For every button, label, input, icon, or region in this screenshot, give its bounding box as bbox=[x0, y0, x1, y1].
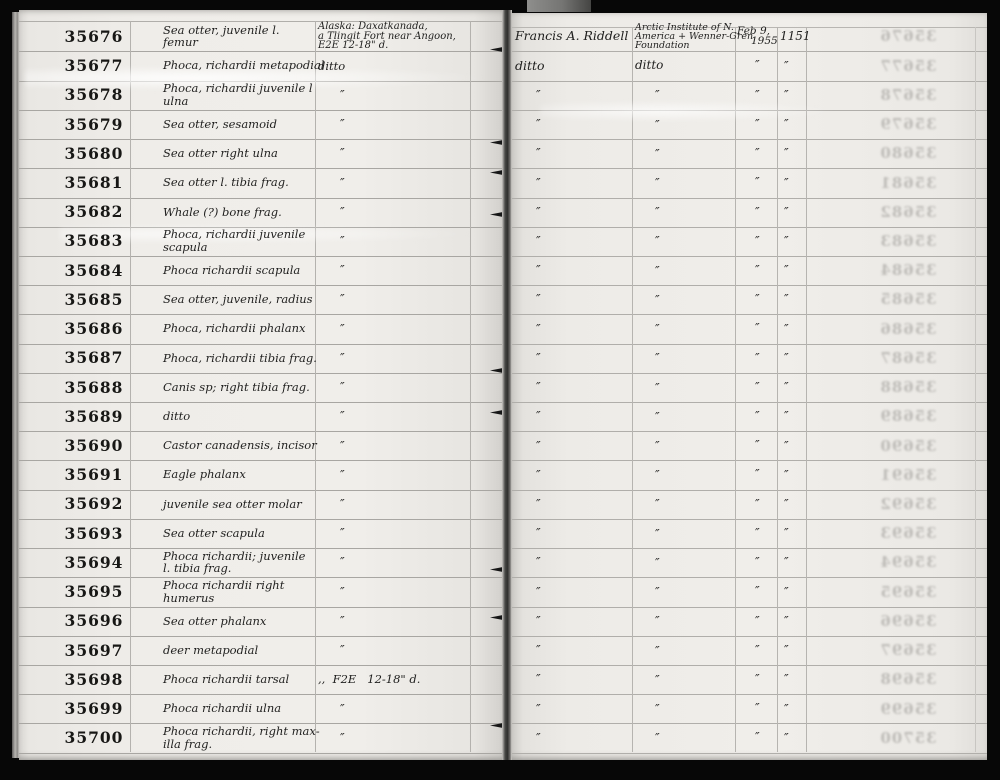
institution-ditto: ″ bbox=[655, 703, 735, 714]
date-cell: ″ bbox=[737, 548, 781, 577]
institution-cell: ″ bbox=[635, 665, 735, 694]
ledger-row: 35680 Sea otter right ulna ″ ″ ″ ″ ″ bbox=[0, 139, 1000, 168]
locality-ditto: ″ bbox=[340, 440, 470, 452]
collector-cell: ″ bbox=[515, 635, 629, 664]
bleedthrough-number: 35680 bbox=[866, 139, 950, 168]
specimen-description: Phoca richardii ulna bbox=[163, 694, 318, 723]
locality-ditto: ″ bbox=[340, 323, 470, 335]
catalog-number: 35685 bbox=[48, 285, 140, 314]
institution-cell: ″ bbox=[635, 256, 735, 285]
locality-ditto: ″ bbox=[340, 556, 470, 568]
collector-name: ″ bbox=[536, 177, 629, 189]
date-cell: ″ bbox=[737, 606, 781, 635]
collector-cell: ″ bbox=[515, 372, 629, 401]
locality-ditto: ″ bbox=[340, 118, 470, 130]
locality-cell: ″ bbox=[318, 431, 470, 460]
ledger-row: 35700 Phoca richardii, right max- illa f… bbox=[0, 723, 1000, 752]
institution-cell: ″ bbox=[635, 519, 735, 548]
book-spine bbox=[502, 10, 512, 760]
institution-ditto: ″ bbox=[655, 645, 735, 656]
collector-cell: ″ bbox=[515, 665, 629, 694]
institution-cell: ″ bbox=[635, 80, 735, 109]
bleedthrough-number: 35696 bbox=[866, 606, 950, 635]
description-line: Phoca richardii right bbox=[163, 579, 318, 592]
locality-cell: ditto bbox=[318, 51, 470, 80]
institution-ditto: ″ bbox=[655, 382, 735, 393]
institution-ditto: ″ bbox=[655, 586, 735, 597]
locality-ditto: ″ bbox=[340, 352, 470, 364]
description-line: Whale (?) bone frag. bbox=[163, 206, 318, 219]
date-cell: ″ bbox=[737, 226, 781, 255]
institution-cell: Arctic Institute of N. America + Wenner-… bbox=[635, 22, 735, 51]
date-ditto: ″ bbox=[755, 294, 781, 305]
catalog-number: 35697 bbox=[48, 635, 140, 664]
accession-number: ″ bbox=[784, 644, 814, 656]
date-cell: ″ bbox=[737, 80, 781, 109]
accession-number: ″ bbox=[784, 556, 814, 568]
scanned-ledger-page: 35676 Sea otter, juvenile l. femur Alask… bbox=[0, 0, 1000, 780]
institution-cell: ″ bbox=[635, 226, 735, 255]
ledger-row: 35691 Eagle phalanx ″ ″ ″ ″ ″ 35691 bbox=[0, 460, 1000, 489]
institution-ditto: ″ bbox=[655, 469, 735, 480]
accession-cell: ″ bbox=[780, 489, 814, 518]
locality-cell: ″ bbox=[318, 577, 470, 606]
locality-ditto: ″ bbox=[340, 469, 470, 481]
specimen-description: Phoca richardii right humerus bbox=[163, 577, 318, 606]
date-ditto: ″ bbox=[755, 207, 781, 218]
institution-cell: ″ bbox=[635, 109, 735, 138]
collector-name: ″ bbox=[536, 469, 629, 481]
date-cell: ″ bbox=[737, 51, 781, 80]
ledger-row: 35679 Sea otter, sesamoid ″ ″ ″ ″ ″ 3 bbox=[0, 109, 1000, 138]
institution-line: Foundation bbox=[635, 41, 735, 50]
description-line: Sea otter scapula bbox=[163, 527, 318, 540]
catalog-number: 35700 bbox=[48, 723, 140, 752]
catalog-number: 35679 bbox=[48, 109, 140, 138]
institution-ditto: ″ bbox=[655, 615, 735, 626]
description-line: Phoca richardii, right max- bbox=[163, 725, 318, 738]
institution-cell: ″ bbox=[635, 314, 735, 343]
collector-name: ″ bbox=[536, 644, 629, 656]
locality-cell: ″ bbox=[318, 343, 470, 372]
institution-cell: ″ bbox=[635, 431, 735, 460]
specimen-description: Phoca richardii tarsal bbox=[163, 665, 318, 694]
locality-ditto: ″ bbox=[340, 147, 470, 159]
ledger-row: 35685 Sea otter, juvenile, radius ″ ″ ″ … bbox=[0, 285, 1000, 314]
locality-ditto: ″ bbox=[340, 89, 470, 101]
date-cell: ″ bbox=[737, 489, 781, 518]
date-ditto: ″ bbox=[755, 382, 781, 393]
accession-cell: 1151 bbox=[780, 22, 814, 51]
bleedthrough-number: 35698 bbox=[866, 665, 950, 694]
date-ditto: ″ bbox=[755, 177, 781, 188]
ledger-row: 35681 Sea otter l. tibia frag. ″ ″ ″ ″ ″ bbox=[0, 168, 1000, 197]
collector-cell: ″ bbox=[515, 285, 629, 314]
locality-ditto: ditto bbox=[318, 60, 470, 72]
description-line: Phoca, richardii phalanx bbox=[163, 322, 318, 335]
locality-cell: ″ bbox=[318, 197, 470, 226]
accession-cell: ″ bbox=[780, 548, 814, 577]
description-line: humerus bbox=[163, 592, 318, 605]
locality-ditto: ″ bbox=[340, 381, 470, 393]
specimen-description: Phoca richardii; juvenile l. tibia frag. bbox=[163, 548, 318, 577]
catalog-number: 35698 bbox=[48, 665, 140, 694]
institution-cell: ″ bbox=[635, 343, 735, 372]
collector-cell: ″ bbox=[515, 402, 629, 431]
institution-cell: ″ bbox=[635, 372, 735, 401]
ledger-row: 35697 deer metapodial ″ ″ ″ ″ ″ 35697 bbox=[0, 635, 1000, 664]
date-cell: ″ bbox=[737, 519, 781, 548]
description-line: l. tibia frag. bbox=[163, 562, 318, 575]
collector-name: ″ bbox=[536, 118, 629, 130]
catalog-number: 35682 bbox=[48, 197, 140, 226]
ledger-row: 35695 Phoca richardii right humerus ″ ″ … bbox=[0, 577, 1000, 606]
locality-ditto: ″ bbox=[340, 732, 470, 744]
locality-cell: ″ bbox=[318, 606, 470, 635]
bleedthrough-number: 35685 bbox=[866, 285, 950, 314]
bleedthrough-number: 35700 bbox=[866, 723, 950, 752]
accession-cell: ″ bbox=[780, 139, 814, 168]
collector-name: ″ bbox=[536, 323, 629, 335]
bleedthrough-number: 35693 bbox=[866, 519, 950, 548]
date-ditto: ″ bbox=[755, 703, 781, 714]
collector-name: ″ bbox=[536, 352, 629, 364]
collector-name: ″ bbox=[536, 440, 629, 452]
collector-cell: ″ bbox=[515, 519, 629, 548]
locality-ditto: ″ bbox=[340, 410, 470, 422]
institution-ditto: ″ bbox=[655, 235, 735, 246]
ledger-rows: 35676 Sea otter, juvenile l. femur Alask… bbox=[0, 0, 1000, 780]
specimen-description: Sea otter l. tibia frag. bbox=[163, 168, 318, 197]
date-ditto: ″ bbox=[755, 119, 781, 130]
catalog-number: 35695 bbox=[48, 577, 140, 606]
description-line: juvenile sea otter molar bbox=[163, 498, 318, 511]
collector-cell: ″ bbox=[515, 168, 629, 197]
specimen-description: Phoca richardii, right max- illa frag. bbox=[163, 723, 318, 752]
bleedthrough-number: 35687 bbox=[866, 343, 950, 372]
collector-cell: ″ bbox=[515, 256, 629, 285]
accession-number: ″ bbox=[784, 440, 814, 452]
accession-number: ″ bbox=[784, 177, 814, 189]
bleedthrough-number: 35679 bbox=[866, 109, 950, 138]
date-line: 1955 bbox=[751, 36, 781, 47]
collector-cell: ″ bbox=[515, 489, 629, 518]
date-ditto: ″ bbox=[755, 90, 781, 101]
locality-cell: ″ bbox=[318, 109, 470, 138]
description-line: scapula bbox=[163, 241, 318, 254]
date-ditto: ″ bbox=[755, 411, 781, 422]
accession-number: ″ bbox=[784, 206, 814, 218]
locality-ditto: ″ bbox=[340, 264, 470, 276]
date-ditto: ″ bbox=[755, 557, 781, 568]
catalog-number: 35694 bbox=[48, 548, 140, 577]
locality-ditto: ″ bbox=[340, 206, 470, 218]
ledger-row: 35687 Phoca, richardii tibia frag. ″ ″ ″… bbox=[0, 343, 1000, 372]
specimen-description: Sea otter, juvenile l. femur bbox=[163, 22, 318, 51]
date-ditto: ″ bbox=[755, 236, 781, 247]
collector-name: ″ bbox=[536, 147, 629, 159]
specimen-description: ditto bbox=[163, 402, 318, 431]
accession-number: ″ bbox=[784, 498, 814, 510]
collector-cell: ″ bbox=[515, 139, 629, 168]
catalog-number: 35693 bbox=[48, 519, 140, 548]
date-cell: ″ bbox=[737, 343, 781, 372]
ledger-row: 35684 Phoca richardii scapula ″ ″ ″ ″ ″ bbox=[0, 256, 1000, 285]
accession-cell: ″ bbox=[780, 402, 814, 431]
locality-cell: ″ bbox=[318, 460, 470, 489]
accession-cell: ″ bbox=[780, 372, 814, 401]
date-cell: ″ bbox=[737, 372, 781, 401]
date-cell: ″ bbox=[737, 139, 781, 168]
accession-cell: ″ bbox=[780, 577, 814, 606]
description-line: Canis sp; right tibia frag. bbox=[163, 381, 318, 394]
description-line: ulna bbox=[163, 95, 318, 108]
date-cell: ″ bbox=[737, 285, 781, 314]
ledger-row: 35694 Phoca richardii; juvenile l. tibia… bbox=[0, 548, 1000, 577]
specimen-description: Phoca, richardii juvenile scapula bbox=[163, 226, 318, 255]
catalog-number: 35677 bbox=[48, 51, 140, 80]
accession-number: ″ bbox=[784, 469, 814, 481]
collector-cell: ″ bbox=[515, 226, 629, 255]
ledger-row: 35690 Castor canadensis, incisor ″ ″ ″ ″… bbox=[0, 431, 1000, 460]
locality-ditto: ″ bbox=[340, 703, 470, 715]
catalog-number: 35678 bbox=[48, 80, 140, 109]
institution-ditto: ″ bbox=[655, 411, 735, 422]
accession-number: ″ bbox=[784, 586, 814, 598]
date-cell: ″ bbox=[737, 402, 781, 431]
collector-name: ″ bbox=[536, 206, 629, 218]
accession-cell: ″ bbox=[780, 606, 814, 635]
catalog-number: 35692 bbox=[48, 489, 140, 518]
date-ditto: ″ bbox=[755, 674, 781, 685]
locality-cell: ″ bbox=[318, 372, 470, 401]
description-line: Sea otter right ulna bbox=[163, 147, 318, 160]
collector-name: ″ bbox=[536, 381, 629, 393]
collector-cell: ″ bbox=[515, 314, 629, 343]
bleedthrough-number: 35691 bbox=[866, 460, 950, 489]
date-ditto: ″ bbox=[755, 148, 781, 159]
ledger-row: 35696 Sea otter phalanx ″ ″ ″ ″ ″ 356 bbox=[0, 606, 1000, 635]
date-ditto: ″ bbox=[755, 353, 781, 364]
catalog-number: 35686 bbox=[48, 314, 140, 343]
institution-ditto: ″ bbox=[655, 119, 735, 130]
date-ditto: ″ bbox=[755, 60, 781, 71]
date-cell: ″ bbox=[737, 197, 781, 226]
locality-cell: ″ bbox=[318, 314, 470, 343]
bleedthrough-number: 35688 bbox=[866, 372, 950, 401]
description-line: illa frag. bbox=[163, 738, 318, 751]
ledger-row: 35692 juvenile sea otter molar ″ ″ ″ ″ ″ bbox=[0, 489, 1000, 518]
date-ditto: ″ bbox=[755, 528, 781, 539]
collector-cell: ″ bbox=[515, 723, 629, 752]
catalog-number: 35684 bbox=[48, 256, 140, 285]
locality-ditto: ″ bbox=[340, 177, 470, 189]
accession-cell: ″ bbox=[780, 285, 814, 314]
catalog-number: 35699 bbox=[48, 694, 140, 723]
accession-cell: ″ bbox=[780, 80, 814, 109]
ledger-row: 35698 Phoca richardii tarsal ,, F2E 12-1… bbox=[0, 665, 1000, 694]
accession-number: ″ bbox=[784, 147, 814, 159]
ledger-row: 35678 Phoca, richardii juvenile l ulna ″… bbox=[0, 80, 1000, 109]
collector-name: ″ bbox=[536, 732, 629, 744]
collector-cell: ″ bbox=[515, 109, 629, 138]
institution-ditto: ″ bbox=[655, 674, 735, 685]
ledger-row: 35693 Sea otter scapula ″ ″ ″ ″ ″ 356 bbox=[0, 519, 1000, 548]
locality-cell: ″ bbox=[318, 256, 470, 285]
accession-cell: ″ bbox=[780, 431, 814, 460]
specimen-description: Castor canadensis, incisor bbox=[163, 431, 318, 460]
institution-cell: ″ bbox=[635, 606, 735, 635]
collector-cell: ″ bbox=[515, 606, 629, 635]
catalog-number: 35683 bbox=[48, 226, 140, 255]
description-line: Sea otter, sesamoid bbox=[163, 118, 318, 131]
accession-number: ″ bbox=[784, 732, 814, 744]
institution-ditto: ″ bbox=[655, 352, 735, 363]
locality-cell: ″ bbox=[318, 489, 470, 518]
date-cell: ″ bbox=[737, 577, 781, 606]
institution-ditto: ″ bbox=[655, 177, 735, 188]
catalog-number: 35690 bbox=[48, 431, 140, 460]
locality-cell: ″ bbox=[318, 226, 470, 255]
accession-number: ″ bbox=[784, 410, 814, 422]
accession-number: ″ bbox=[784, 381, 814, 393]
bleedthrough-number: 35682 bbox=[866, 197, 950, 226]
accession-cell: ″ bbox=[780, 51, 814, 80]
locality-ditto: ″ bbox=[340, 586, 470, 598]
institution-cell: ditto bbox=[635, 51, 735, 80]
collector-name: ″ bbox=[536, 410, 629, 422]
collector-name: ditto bbox=[515, 60, 629, 72]
institution-ditto: ″ bbox=[655, 440, 735, 451]
date-cell: Feb 9, 1955 bbox=[737, 22, 781, 51]
date-cell: ″ bbox=[737, 460, 781, 489]
accession-cell: ″ bbox=[780, 665, 814, 694]
ledger-row: 35686 Phoca, richardii phalanx ″ ″ ″ ″ ″ bbox=[0, 314, 1000, 343]
date-ditto: ″ bbox=[755, 645, 781, 656]
accession-number: ″ bbox=[784, 527, 814, 539]
collector-cell: ″ bbox=[515, 460, 629, 489]
accession-cell: ″ bbox=[780, 460, 814, 489]
description-line: Sea otter l. tibia frag. bbox=[163, 176, 318, 189]
ledger-row: 35688 Canis sp; right tibia frag. ″ ″ ″ … bbox=[0, 372, 1000, 401]
institution-ditto: ″ bbox=[655, 265, 735, 276]
bleedthrough-number: 35683 bbox=[866, 226, 950, 255]
locality-cell: ″ bbox=[318, 694, 470, 723]
date-cell: ″ bbox=[737, 168, 781, 197]
collector-name: ″ bbox=[536, 293, 629, 305]
accession-cell: ″ bbox=[780, 256, 814, 285]
bleedthrough-number: 35690 bbox=[866, 431, 950, 460]
collector-cell: ″ bbox=[515, 694, 629, 723]
institution-ditto: ″ bbox=[655, 206, 735, 217]
specimen-description: Eagle phalanx bbox=[163, 460, 318, 489]
catalog-number: 35687 bbox=[48, 343, 140, 372]
date-ditto: ″ bbox=[755, 469, 781, 480]
institution-cell: ″ bbox=[635, 489, 735, 518]
accession-number: ″ bbox=[784, 89, 814, 101]
specimen-description: Phoca, richardii juvenile l ulna bbox=[163, 80, 318, 109]
description-line: Sea otter phalanx bbox=[163, 615, 318, 628]
catalog-number: 35689 bbox=[48, 402, 140, 431]
accession-cell: ″ bbox=[780, 197, 814, 226]
date-ditto: ″ bbox=[755, 323, 781, 334]
accession-cell: ″ bbox=[780, 635, 814, 664]
date-cell: ″ bbox=[737, 665, 781, 694]
description-line: Phoca, richardii metapodial bbox=[163, 59, 318, 72]
locality-cell: ″ bbox=[318, 635, 470, 664]
accession-number: ″ bbox=[784, 293, 814, 305]
description-line: Phoca richardii scapula bbox=[163, 264, 318, 277]
specimen-description: Sea otter, sesamoid bbox=[163, 109, 318, 138]
catalog-number: 35676 bbox=[48, 22, 140, 51]
institution-ditto: ″ bbox=[655, 557, 735, 568]
description-line: Phoca, richardii juvenile l bbox=[163, 82, 318, 95]
date-cell: ″ bbox=[737, 431, 781, 460]
collector-name: ″ bbox=[536, 556, 629, 568]
specimen-description: juvenile sea otter molar bbox=[163, 489, 318, 518]
collector-name: ″ bbox=[536, 89, 629, 101]
date-ditto: ″ bbox=[755, 499, 781, 510]
institution-cell: ″ bbox=[635, 197, 735, 226]
institution-cell: ″ bbox=[635, 635, 735, 664]
ledger-row: 35677 Phoca, richardii metapodial ditto … bbox=[0, 51, 1000, 80]
collector-cell: ″ bbox=[515, 197, 629, 226]
institution-ditto: ″ bbox=[655, 89, 735, 100]
accession-cell: ″ bbox=[780, 343, 814, 372]
locality-cell: ″ bbox=[318, 548, 470, 577]
institution-cell: ″ bbox=[635, 139, 735, 168]
ledger-row: 35676 Sea otter, juvenile l. femur Alask… bbox=[0, 22, 1000, 51]
description-line: Phoca, richardii tibia frag. bbox=[163, 352, 318, 365]
date-ditto: ″ bbox=[755, 440, 781, 451]
date-ditto: ″ bbox=[755, 265, 781, 276]
institution-ditto: ″ bbox=[655, 528, 735, 539]
ledger-row: 35689 ditto ″ ″ ″ ″ ″ 35689 bbox=[0, 402, 1000, 431]
accession-number: ″ bbox=[784, 235, 814, 247]
specimen-description: Sea otter right ulna bbox=[163, 139, 318, 168]
accession-number: ″ bbox=[784, 352, 814, 364]
accession-number: ″ bbox=[784, 615, 814, 627]
specimen-description: Phoca richardii scapula bbox=[163, 256, 318, 285]
accession-number: 1151 bbox=[780, 30, 814, 42]
specimen-description: Sea otter scapula bbox=[163, 519, 318, 548]
collector-cell: ditto bbox=[515, 51, 629, 80]
institution-ditto: ″ bbox=[655, 732, 735, 743]
description-line: Phoca richardii tarsal bbox=[163, 673, 318, 686]
bleedthrough-number: 35676 bbox=[866, 22, 950, 51]
date-ditto: ″ bbox=[755, 586, 781, 597]
date-cell: ″ bbox=[737, 694, 781, 723]
institution-cell: ″ bbox=[635, 723, 735, 752]
accession-cell: ″ bbox=[780, 226, 814, 255]
collector-cell: ″ bbox=[515, 431, 629, 460]
accession-cell: ″ bbox=[780, 109, 814, 138]
bleedthrough-number: 35689 bbox=[866, 402, 950, 431]
locality-cell: ″ bbox=[318, 139, 470, 168]
accession-cell: ″ bbox=[780, 168, 814, 197]
locality-cell: ″ bbox=[318, 723, 470, 752]
locality-ditto: ″ bbox=[340, 235, 470, 247]
catalog-number: 35691 bbox=[48, 460, 140, 489]
description-line: Castor canadensis, incisor bbox=[163, 439, 318, 452]
institution-cell: ″ bbox=[635, 694, 735, 723]
date-cell: ″ bbox=[737, 109, 781, 138]
description-line: Phoca richardii ulna bbox=[163, 702, 318, 715]
bleedthrough-number: 35678 bbox=[866, 80, 950, 109]
specimen-description: Canis sp; right tibia frag. bbox=[163, 372, 318, 401]
locality-cell: ″ bbox=[318, 285, 470, 314]
accession-cell: ″ bbox=[780, 314, 814, 343]
